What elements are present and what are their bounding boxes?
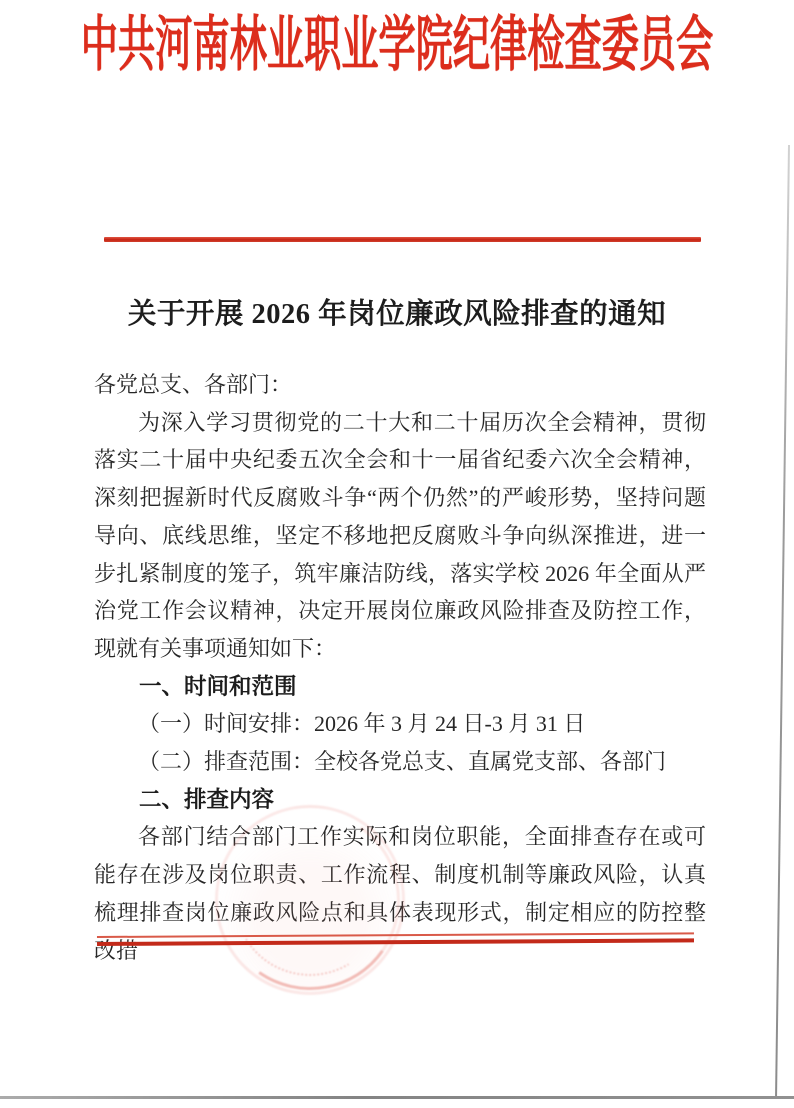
section-2-paragraph: 各部门结合部门工作实际和岗位职能，全面排查存在或可能存在涉及岗位职责、工作流程、… bbox=[94, 818, 706, 969]
scan-edge-right bbox=[775, 145, 790, 1098]
letterhead: 中共河南林业职业学院纪律检查委员会 bbox=[0, 0, 794, 80]
intro-paragraph: 为深入学习贯彻党的二十大和二十届历次全会精神，贯彻落实二十届中央纪委五次全会和十… bbox=[94, 404, 706, 668]
section-1-item-scope: （二）排查范围：全校各党总支、直属党支部、各部门 bbox=[94, 743, 706, 781]
section-1-heading: 一、时间和范围 bbox=[94, 668, 706, 706]
section-2-heading: 二、排查内容 bbox=[94, 781, 706, 819]
notice-body: 各党总支、各部门： 为深入学习贯彻党的二十大和二十届历次全会精神，贯彻落实二十届… bbox=[94, 366, 706, 969]
notice-title: 关于开展 2026 年岗位廉政风险排查的通知 bbox=[0, 291, 794, 332]
salutation: 各党总支、各部门： bbox=[94, 366, 706, 404]
scan-edge-bottom bbox=[0, 1096, 794, 1099]
issuing-organization-name: 中共河南林业职业学院纪律检查委员会 bbox=[81, 0, 713, 83]
letterhead-rule bbox=[104, 237, 701, 242]
scanned-notice-page: 中共河南林业职业学院纪律检查委员会 关于开展 2026 年岗位廉政风险排查的通知… bbox=[0, 0, 794, 1108]
section-1-item-time: （一）时间安排：2026 年 3 月 24 日-3 月 31 日 bbox=[94, 705, 706, 743]
